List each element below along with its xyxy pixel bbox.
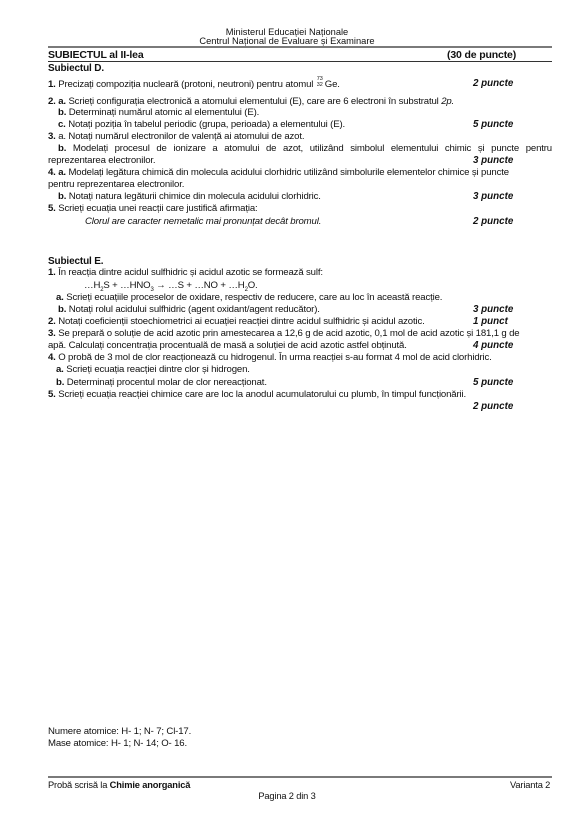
- d-q3b-text: Modelați procesul de ionizare a atomului…: [73, 143, 552, 154]
- section-points: (30 de puncte): [447, 50, 516, 61]
- d-q2a-label: a.: [58, 96, 66, 107]
- e-q5-points: 2 puncte: [473, 401, 513, 412]
- eq-part: …S + …NO + …H: [168, 280, 244, 291]
- e-q5-text: Scrieți ecuația reacției chimice care ar…: [58, 389, 466, 400]
- d-q2c-label: c.: [58, 119, 66, 130]
- e-q3-text: Se prepară o soluție de acid azotic prin…: [58, 328, 519, 339]
- d-q2-num: 2.: [48, 96, 56, 107]
- e-q1a-label: a.: [56, 292, 64, 303]
- reaction-arrow-icon: →: [154, 280, 168, 291]
- d-q4-num: 4.: [48, 167, 56, 178]
- e-q4b: b. Determinați procentul molar de clor n…: [56, 377, 267, 388]
- d-q4b-label: b.: [58, 191, 66, 202]
- d-q3b: b. Modelați procesul de ionizare a atomu…: [58, 143, 552, 154]
- e-q1-text: În reacția dintre acidul sulfhidric și a…: [58, 267, 323, 278]
- d-q2c: c. Notați poziția în tabelul periodic (g…: [58, 119, 345, 130]
- d-q2a-text: Scrieți configurația electronică a atomu…: [68, 96, 438, 107]
- e-q4a-label: a.: [56, 364, 64, 375]
- footer-page: Pagina 2 din 3: [0, 791, 574, 802]
- e-q1a-text: Scrieți ecuațiile proceselor de oxidare,…: [66, 292, 442, 303]
- e-q1a: a. Scrieți ecuațiile proceselor de oxida…: [56, 292, 442, 303]
- d-q4a-text: Modelați legătura chimică din molecula a…: [68, 167, 508, 178]
- e-q1b-label: b.: [58, 304, 66, 315]
- d-q5-points: 2 puncte: [473, 216, 513, 227]
- nuclide-notation: 7332: [316, 78, 325, 88]
- footer-variant: Varianta 2: [510, 780, 550, 791]
- section-underline: [48, 61, 552, 62]
- e-q3-cont: apă. Calculați concentrația procentuală …: [48, 340, 407, 351]
- d-q2c-text: Notați poziția în tabelul periodic (grup…: [68, 119, 345, 130]
- d-q4a: 4. a. Modelați legătura chimică din mole…: [48, 167, 509, 178]
- d-q1: 1. Precizați compoziția nucleară (proton…: [48, 78, 340, 90]
- d-q3-points: 3 puncte: [473, 155, 513, 166]
- nuclide-symbol: Ge.: [325, 79, 340, 90]
- d-q2a-italic: 2p.: [441, 96, 454, 107]
- d-q1-points: 2 puncte: [473, 78, 513, 89]
- e-q4a: a. Scrieți ecuația reacției dintre clor …: [56, 364, 250, 375]
- d-q5-statement: Clorul are caracter nemetalic mai pronun…: [85, 216, 321, 227]
- section-title: SUBIECTUL al II-lea: [48, 50, 144, 61]
- d-q4b: b. Notați natura legăturii chimice din m…: [58, 191, 321, 202]
- e-q4-points: 5 puncte: [473, 377, 513, 388]
- footer-subject: Chimie anorganică: [110, 780, 191, 790]
- footer-left-prefix: Probă scrisă la: [48, 780, 110, 790]
- e-q1b: b. Notați rolul acidului sulfhidric (age…: [58, 304, 320, 315]
- e-q3: 3. Se prepară o soluție de acid azotic p…: [48, 328, 520, 339]
- e-q1-points: 3 puncte: [473, 304, 513, 315]
- eq-part: S + …HNO: [103, 280, 150, 291]
- d-q2b-label: b.: [58, 107, 66, 118]
- e-q1-equation: …H2S + …HNO3 → …S + …NO + …H2O.: [84, 280, 258, 291]
- d-q3b-label: b.: [58, 143, 66, 154]
- e-q1-num: 1.: [48, 267, 56, 278]
- d-q2-points: 5 puncte: [473, 119, 513, 130]
- e-q4-num: 4.: [48, 352, 56, 363]
- nuclide-atomic: 32: [317, 83, 323, 88]
- e-q5-num: 5.: [48, 389, 56, 400]
- d-q5: 5. Scrieți ecuația unei reacții care jus…: [48, 203, 258, 214]
- d-q1-num: 1.: [48, 79, 56, 90]
- d-q5-num: 5.: [48, 203, 56, 214]
- e-q4a-text: Scrieți ecuația reacției dintre clor și …: [66, 364, 250, 375]
- header-center: Centrul Național de Evaluare și Examinar…: [0, 36, 574, 46]
- e-q1b-text: Notați rolul acidului sulfhidric (agent …: [69, 304, 320, 315]
- d-q5-text: Scrieți ecuația unei reacții care justif…: [58, 203, 257, 214]
- d-q2b-text: Determinați numărul atomic al elementulu…: [69, 107, 259, 118]
- e-q2: 2. Notați coeficienții stoechiometrici a…: [48, 316, 425, 327]
- e-q1: 1. În reacția dintre acidul sulfhidric ș…: [48, 267, 323, 278]
- d-q2b: b. Determinați numărul atomic al element…: [58, 107, 259, 118]
- subiect-e-title: Subiectul E.: [48, 256, 103, 267]
- atomic-numbers: Numere atomice: H- 1; N- 7; Cl-17.: [48, 726, 191, 737]
- d-q3a: 3. a. Notați numărul electronilor de val…: [48, 131, 304, 142]
- e-q2-num: 2.: [48, 316, 56, 327]
- d-q2a: 2. a. Scrieți configurația electronică a…: [48, 96, 454, 107]
- d-q3b-cont: reprezentarea electronilor.: [48, 155, 155, 166]
- d-q3a-text: a. Notați numărul electronilor de valenț…: [58, 131, 304, 142]
- eq-part: …H: [84, 280, 100, 291]
- d-q4-points: 3 puncte: [473, 191, 513, 202]
- e-q4b-label: b.: [56, 377, 64, 388]
- d-q4a-cont: pentru reprezentarea electronilor.: [48, 179, 184, 190]
- d-q3-num: 3.: [48, 131, 56, 142]
- d-q4a-label: a.: [58, 167, 66, 178]
- e-q3-points: 4 puncte: [473, 340, 513, 351]
- e-q2-text: Notați coeficienții stoechiometrici ai e…: [58, 316, 424, 327]
- atomic-masses: Mase atomice: H- 1; N- 14; O- 16.: [48, 738, 187, 749]
- e-q3-num: 3.: [48, 328, 56, 339]
- d-q1-text: Precizați compoziția nucleară (protoni, …: [58, 79, 313, 90]
- e-q4: 4. O probă de 3 mol de clor reacționează…: [48, 352, 492, 363]
- e-q2-points: 1 punct: [473, 316, 508, 327]
- eq-part: O.: [248, 280, 258, 291]
- footer-rule: [48, 776, 552, 778]
- d-q4b-text: Notați natura legăturii chimice din mole…: [69, 191, 321, 202]
- e-q5: 5. Scrieți ecuația reacției chimice care…: [48, 389, 466, 400]
- e-q4-text: O probă de 3 mol de clor reacționează cu…: [58, 352, 491, 363]
- header-rule: [48, 46, 552, 48]
- subiect-d-title: Subiectul D.: [48, 63, 104, 74]
- e-q4b-text: Determinați procentul molar de clor nere…: [67, 377, 267, 388]
- footer-left: Probă scrisă la Chimie anorganică: [48, 780, 190, 791]
